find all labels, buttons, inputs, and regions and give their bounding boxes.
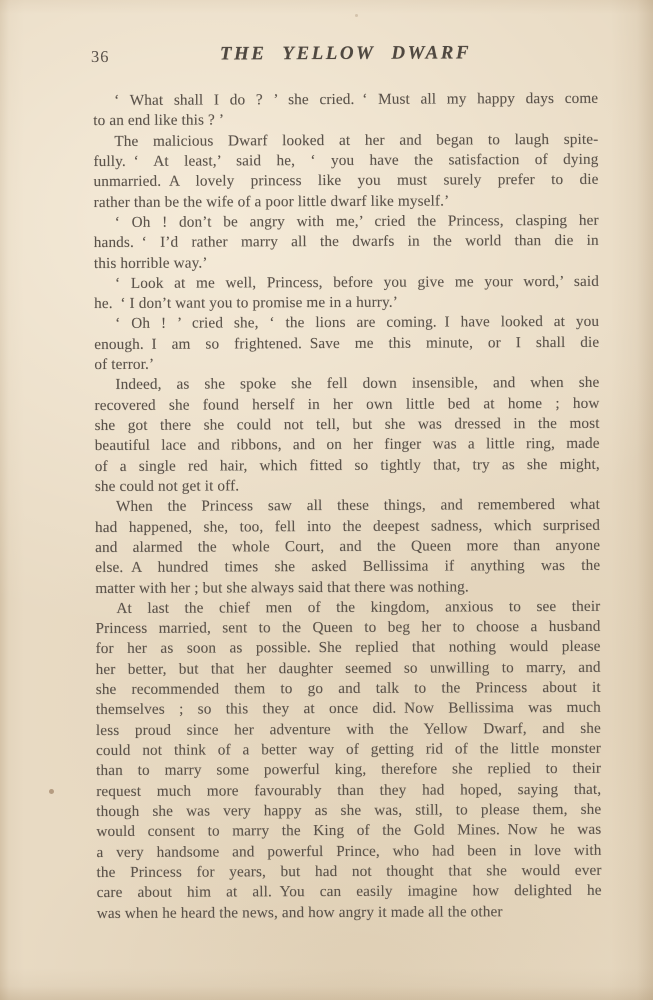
text-line: fully. ‘ At least,’ said he, ‘ you have … [93,150,598,173]
paragraph: At last the chief men of the kingdom, an… [95,597,601,924]
text-line: her better, but that her daughter seemed… [96,658,601,681]
text-line: the Princess for years, but had not thou… [96,861,601,884]
text-line: was when he heard the news, and how angr… [97,901,602,924]
text-line: ‘ Look at me well, Princess, before you … [94,272,599,295]
text-line: Indeed, as she spoke she fell down insen… [94,373,599,396]
paragraph: Indeed, as she spoke she fell down insen… [94,373,600,497]
paper-speck [49,789,54,794]
text-line: of a single red hair, which fitted so ti… [95,454,600,477]
text-line: would consent to marry the King of the G… [96,820,601,843]
text-line: this horrible way.’ [94,251,599,274]
text-line: ‘ Oh ! don’t be angry with me,’ cried th… [94,211,599,234]
text-line: themselves ; so this they at once did. N… [96,698,601,721]
paragraph: ‘ Oh ! don’t be angry with me,’ cried th… [94,211,599,274]
text-line: else. A hundred times she asked Bellissi… [95,556,600,579]
paragraph: The malicious Dwarf looked at her and be… [93,129,598,212]
paragraph: ‘ Look at me well, Princess, before you … [94,272,599,315]
text-line: she recommended them to go and talk to t… [96,678,601,701]
text-line: unmarried. A lovely princess like you mu… [93,170,598,193]
text-line: she got there she could not tell, but sh… [95,414,600,437]
text-line: care about him at all. You can easily im… [97,881,602,904]
text-line: had happened, she, too, fell into the de… [95,515,600,538]
running-title: THE YELLOW DWARF [93,42,598,66]
text-line: The malicious Dwarf looked at her and be… [93,129,598,152]
text-line: and alarmed the whole Court, and the Que… [95,536,600,559]
text-line: ‘ What shall I do ? ’ she cried. ‘ Must … [93,89,598,112]
text-line: recovered she found herself in her own l… [94,393,599,416]
text-line: hands. ‘ I’d rather marry all the dwarfs… [94,231,599,254]
text-line: At last the chief men of the kingdom, an… [95,597,600,620]
text-line: When the Princess saw all these things, … [95,495,600,518]
text-line: she could not get it off. [95,475,600,498]
text-line: of terror.’ [94,353,599,376]
body-text: ‘ What shall I do ? ’ she cried. ‘ Must … [93,89,602,924]
text-line: a very handsome and powerful Prince, who… [96,840,601,863]
text-line: matter with her ; but she always said th… [95,576,600,599]
text-line: could not think of a better way of getti… [96,739,601,762]
text-line: beautiful lace and ribbons, and on her f… [95,434,600,457]
book-page: 36 THE YELLOW DWARF ‘ What shall I do ? … [0,0,653,1000]
paragraph: When the Princess saw all these things, … [95,495,600,599]
text-line: rather than be the wife of a poor little… [94,190,599,213]
text-line: ‘ Oh ! ’ cried she, ‘ the lions are comi… [94,312,599,335]
text-line: to an end like this ? ’ [93,109,598,132]
text-line: enough. I am so frightened. Save me this… [94,333,599,356]
paragraph: ‘ Oh ! ’ cried she, ‘ the lions are comi… [94,312,599,375]
text-line: for her as soon as possible. She replied… [96,637,601,660]
text-line: Princess married, sent to the Queen to b… [95,617,600,640]
text-line: though she was very happy as she was, st… [96,800,601,823]
paragraph: ‘ What shall I do ? ’ she cried. ‘ Must … [93,89,598,132]
text-line: request much more favourably than they h… [96,779,601,802]
text-line: than to marry some powerful king, theref… [96,759,601,782]
page-content: 36 THE YELLOW DWARF ‘ What shall I do ? … [0,0,653,1000]
text-line: less proud since her adventure with the … [96,718,601,741]
text-line: he. ‘ I don’t want you to promise me in … [94,292,599,315]
paper-speck [355,14,358,17]
